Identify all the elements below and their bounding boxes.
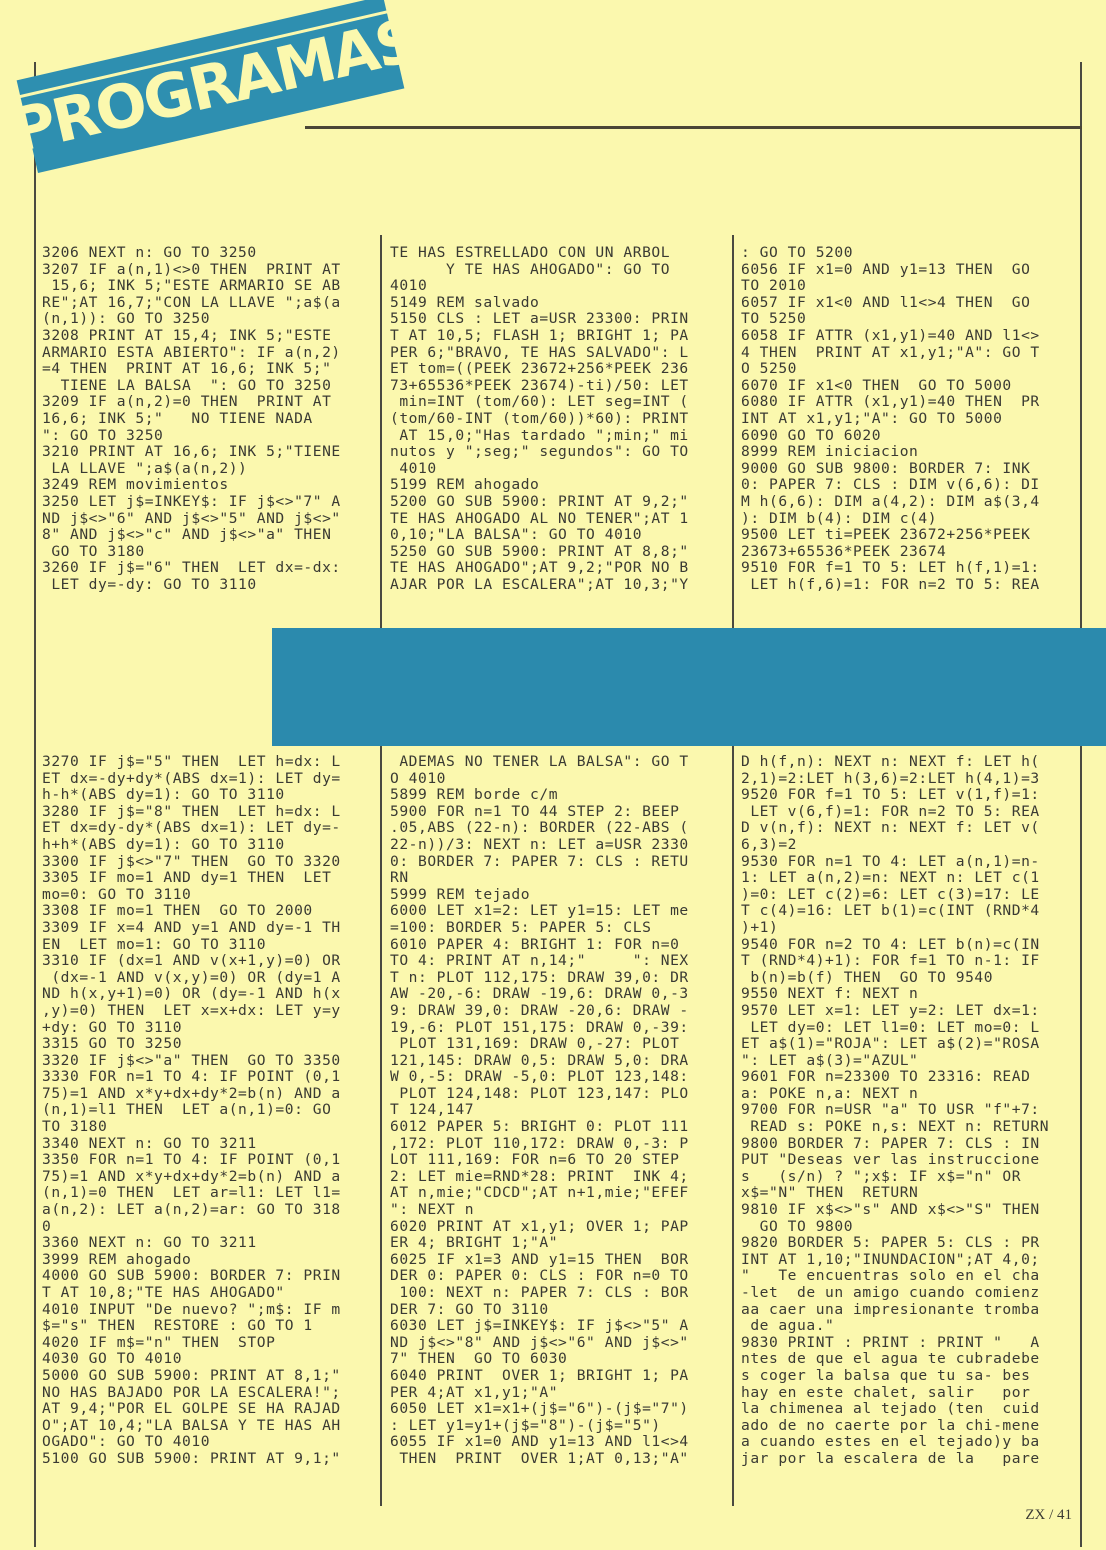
listing-line: 0: BORDER 7: PAPER 7: CLS : RETU (390, 854, 689, 871)
listing-line: s (s/n) ? ";x$: IF x$="n" OR (741, 1169, 1049, 1186)
listing-line: 3360 NEXT n: GO TO 3211 (42, 1235, 341, 1252)
listing-line: ): DIM b(4): DIM c(4) (741, 511, 1040, 528)
listing-line: ado de no caerte por la chi-mene (741, 1418, 1049, 1435)
listing-line: 8" AND j$<>"c" AND j$<>"a" THEN (42, 527, 341, 544)
listing-line: D v(n,f): NEXT n: NEXT f: LET v( (741, 820, 1049, 837)
listing-line: .05,ABS (22-n): BORDER (22-ABS ( (390, 820, 689, 837)
listing-line: " Te encuentras solo en el cha (741, 1268, 1049, 1285)
listing-line: 73+65536*PEEK 23674)-ti)/50: LET (390, 378, 689, 395)
listing-line: 9000 GO SUB 9800: BORDER 7: INK (741, 461, 1040, 478)
listing-line: +dy: GO TO 3110 (42, 1020, 341, 1037)
listing-line: AJAR POR LA ESCALERA";AT 10,3;"Y (390, 577, 689, 594)
listing-line: AT 15,0;"Has tardado ";min;" mi (390, 428, 689, 445)
listing-line: 4010 INPUT "De nuevo? ";m$: IF m (42, 1302, 341, 1319)
listing-line: h-h*(ABS dy=1): GO TO 3110 (42, 787, 341, 804)
listing-line: 6080 IF ATTR (x1,y1)=40 THEN PR (741, 394, 1040, 411)
listing-line: 3207 IF a(n,1)<>0 THEN PRINT AT (42, 262, 341, 279)
listing-line: 4000 GO SUB 5900: BORDER 7: PRIN (42, 1268, 341, 1285)
listing-line: )=0: LET c(2)=6: LET c(3)=17: LE (741, 887, 1049, 904)
listing-line: PER 6;"BRAVO, TE HAS SALVADO": L (390, 345, 689, 362)
listing-line: THEN PRINT OVER 1;AT 0,13;"A" (390, 1451, 689, 1468)
listing-line: $="s" THEN RESTORE : GO TO 1 (42, 1318, 341, 1335)
listing-line: mo=0: GO TO 3110 (42, 887, 341, 904)
listing-bottom-right: D h(f,n): NEXT n: NEXT f: LET h(2,1)=2:L… (741, 754, 1049, 1468)
listing-line: a: POKE n,a: NEXT n (741, 1086, 1049, 1103)
listing-line: M h(6,6): DIM a(4,2): DIM a$(3,4 (741, 494, 1040, 511)
listing-line: READ s: POKE n,s: NEXT n: RETURN (741, 1119, 1049, 1136)
listing-line: TIENE LA BALSA ": GO TO 3250 (42, 378, 341, 395)
listing-line: 3309 IF x=4 AND y=1 AND dy=-1 TH (42, 920, 341, 937)
listing-line: 4 THEN PRINT AT x1,y1;"A": GO T (741, 345, 1040, 362)
listing-line: nutos y ";seg;" segundos": GO TO (390, 444, 689, 461)
listing-line: 3206 NEXT n: GO TO 3250 (42, 245, 341, 262)
listing-line: 9540 FOR n=2 TO 4: LET b(n)=c(IN (741, 937, 1049, 954)
listing-line: O";AT 10,4;"LA BALSA Y TE HAS AH (42, 1418, 341, 1435)
listing-line: ntes de que el agua te cubradebe (741, 1351, 1049, 1368)
listing-line: 75)=1 AND x*y+dx+dy*2=b(n) AND a (42, 1169, 341, 1186)
listing-line: 6058 IF ATTR (x1,y1)=40 AND l1<> (741, 328, 1040, 345)
listing-line: h+h*(ABS dy=1): GO TO 3110 (42, 837, 341, 854)
listing-line: 9570 LET x=1: LET y=2: LET dx=1: (741, 1003, 1049, 1020)
listing-line: GO TO 9800 (741, 1219, 1049, 1236)
listing-line: ,y)=0) THEN LET x=x+dx: LET y=y (42, 1003, 341, 1020)
listing-line: LET dy=0: LET l1=0: LET mo=0: L (741, 1020, 1049, 1037)
page-number: ZX / 41 (1025, 1507, 1072, 1524)
listing-line: EN LET mo=1: GO TO 3110 (42, 937, 341, 954)
listing-line: 3250 LET j$=INKEY$: IF j$<>"7" A (42, 494, 341, 511)
listing-line: ET dx=dy-dy*(ABS dx=1): LET dy=- (42, 820, 341, 837)
listing-bottom-middle: ADEMAS NO TENER LA BALSA": GO TO 4010589… (390, 754, 689, 1468)
listing-line: 4010 (390, 461, 689, 478)
listing-line: 5100 GO SUB 5900: PRINT AT 9,1;" (42, 1451, 341, 1468)
listing-line: 3315 GO TO 3250 (42, 1036, 341, 1053)
listing-line: DER 7: GO TO 3110 (390, 1302, 689, 1319)
section-banner: PROGRAMAS (17, 0, 405, 173)
listing-line: 9820 BORDER 5: PAPER 5: CLS : PR (741, 1235, 1049, 1252)
listing-line: 9800 BORDER 7: PAPER 7: CLS : IN (741, 1136, 1049, 1153)
listing-line: INT AT 1,10;"INUNDACION";AT 4,0; (741, 1252, 1049, 1269)
listing-line: 6057 IF x1<0 AND l1<>4 THEN GO (741, 295, 1040, 312)
listing-line: 9601 FOR n=23300 TO 23316: READ (741, 1069, 1049, 1086)
listing-line: INT AT x1,y1;"A": GO TO 5000 (741, 411, 1040, 428)
listing-line: TO 4: PRINT AT n,14;" ": NEX (390, 953, 689, 970)
listing-line: LA LLAVE ";a$(a(n,2)) (42, 461, 341, 478)
listing-line: 15,6; INK 5;"ESTE ARMARIO SE AB (42, 278, 341, 295)
listing-line: s coger la balsa que tu sa- bes (741, 1368, 1049, 1385)
listing-line: ": NEXT n (390, 1202, 689, 1219)
listing-line: DER 0: PAPER 0: CLS : FOR n=0 TO (390, 1268, 689, 1285)
listing-line: a(n,2): LET a(n,2)=ar: GO TO 318 (42, 1202, 341, 1219)
listing-line: (tom/60-INT (tom/60))*60): PRINT (390, 411, 689, 428)
listing-line: ND j$<>"8" AND j$<>"6" AND j$<>" (390, 1335, 689, 1352)
listing-line: b(n)=b(f) THEN GO TO 9540 (741, 970, 1049, 987)
listing-line: 5200 GO SUB 5900: PRINT AT 9,2;" (390, 494, 689, 511)
listing-line: de agua." (741, 1318, 1049, 1335)
column-rule-bottom-2 (732, 746, 734, 1506)
listing-line: ND j$<>"6" AND j$<>"5" AND j$<>" (42, 511, 341, 528)
listing-line: ARMARIO ESTA ABIERTO": IF a(n,2) (42, 345, 341, 362)
listing-line: 1: LET a(n,2)=n: NEXT n: LET c(1 (741, 870, 1049, 887)
listing-line: : LET y1=y1+(j$="8")-(j$="5") (390, 1418, 689, 1435)
listing-line: 3208 PRINT AT 15,4; INK 5;"ESTE (42, 328, 341, 345)
listing-top-left: 3206 NEXT n: GO TO 32503207 IF a(n,1)<>0… (42, 245, 341, 593)
listing-line: 3209 IF a(n,2)=0 THEN PRINT AT (42, 394, 341, 411)
listing-line: 6055 IF x1=0 AND y1=13 AND l1<>4 (390, 1434, 689, 1451)
listing-line: AW -20,-6: DRAW -19,6: DRAW 0,-3 (390, 986, 689, 1003)
listing-line: 4010 (390, 278, 689, 295)
listing-line: =4 THEN PRINT AT 16,6; INK 5;" (42, 361, 341, 378)
listing-line: 0 (42, 1219, 341, 1236)
listing-line: 6010 PAPER 4: BRIGHT 1: FOR n=0 (390, 937, 689, 954)
listing-line: PUT "Deseas ver las instruccione (741, 1152, 1049, 1169)
listing-line: (dx=-1 AND v(x,y)=0) OR (dy=1 A (42, 970, 341, 987)
listing-line: 3350 FOR n=1 TO 4: IF POINT (0,1 (42, 1152, 341, 1169)
listing-line: 6025 IF x1=3 AND y1=15 THEN BOR (390, 1252, 689, 1269)
listing-line: 6056 IF x1=0 AND y1=13 THEN GO (741, 262, 1040, 279)
listing-line: 5150 CLS : LET a=USR 23300: PRIN (390, 311, 689, 328)
listing-line: 5199 REM ahogado (390, 477, 689, 494)
listing-line: 0: PAPER 7: CLS : DIM v(6,6): DI (741, 477, 1040, 494)
listing-line: 3280 IF j$="8" THEN LET h=dx: L (42, 804, 341, 821)
listing-line: (n,1)): GO TO 3250 (42, 311, 341, 328)
listing-line: O 5250 (741, 361, 1040, 378)
listing-line: 6030 LET j$=INKEY$: IF j$<>"5" A (390, 1318, 689, 1335)
listing-line: a cuando estes en el tejado)y ba (741, 1434, 1049, 1451)
right-margin-rule (1080, 62, 1082, 1547)
listing-line: 121,145: DRAW 0,5: DRAW 5,0: DRA (390, 1053, 689, 1070)
listing-line: 9510 FOR f=1 TO 5: LET h(f,1)=1: (741, 560, 1040, 577)
listing-line: 9550 NEXT f: NEXT n (741, 986, 1049, 1003)
listing-line: 23673+65536*PEEK 23674 (741, 544, 1040, 561)
listing-line: TO 5250 (741, 311, 1040, 328)
listing-line: W 0,-5: DRAW -5,0: PLOT 123,148: (390, 1069, 689, 1086)
listing-line: PLOT 131,169: DRAW 0,-27: PLOT (390, 1036, 689, 1053)
listing-line: (n,1)=l1 THEN LET a(n,1)=0: GO (42, 1102, 341, 1119)
listing-line: T AT 10,8;"TE HAS AHOGADO" (42, 1285, 341, 1302)
listing-line: ET dx=-dy+dy*(ABS dx=1): LET dy= (42, 771, 341, 788)
listing-line: LOT 111,169: FOR n=6 TO 20 STEP (390, 1152, 689, 1169)
listing-line: T c(4)=16: LET b(1)=c(INT (RND*4 (741, 903, 1049, 920)
listing-line: 2: LET mie=RND*28: PRINT INK 4; (390, 1169, 689, 1186)
listing-line: 9500 LET ti=PEEK 23672+256*PEEK (741, 527, 1040, 544)
listing-line: T n: PLOT 112,175: DRAW 39,0: DR (390, 970, 689, 987)
listing-line: 5149 REM salvado (390, 295, 689, 312)
listing-line: RN (390, 870, 689, 887)
listing-bottom-left: 3270 IF j$="5" THEN LET h=dx: LET dx=-dy… (42, 754, 341, 1468)
header-rule (305, 126, 1082, 129)
listing-line: 5250 GO SUB 5900: PRINT AT 8,8;" (390, 544, 689, 561)
listing-line: 9530 FOR n=1 TO 4: LET a(n,1)=n- (741, 854, 1049, 871)
listing-line: 0,10;"LA BALSA": GO TO 4010 (390, 527, 689, 544)
listing-line: 9810 IF x$<>"s" AND x$<>"S" THEN (741, 1202, 1049, 1219)
listing-line: ": LET a$(3)="AZUL" (741, 1053, 1049, 1070)
listing-line: 9520 FOR f=1 TO 5: LET v(1,f)=1: (741, 787, 1049, 804)
listing-line: TO 3180 (42, 1119, 341, 1136)
listing-line: LET v(6,f)=1: FOR n=2 TO 5: REA (741, 804, 1049, 821)
listing-line: 4030 GO TO 4010 (42, 1351, 341, 1368)
listing-line: O 4010 (390, 771, 689, 788)
listing-line: min=INT (tom/60): LET seg=INT ( (390, 394, 689, 411)
listing-line: LET h(f,6)=1: FOR n=2 TO 5: REA (741, 577, 1040, 594)
listing-line: 3260 IF j$="6" THEN LET dx=-dx: (42, 560, 341, 577)
listing-line: 4020 IF m$="n" THEN STOP (42, 1335, 341, 1352)
column-rule-top-1 (380, 235, 382, 628)
listing-line: 3305 IF mo=1 AND dy=1 THEN LET (42, 870, 341, 887)
listing-line: PLOT 124,148: PLOT 123,147: PLO (390, 1086, 689, 1103)
decorative-band (272, 628, 1106, 746)
listing-line: ER 4; BRIGHT 1;"A" (390, 1235, 689, 1252)
listing-top-right: : GO TO 52006056 IF x1=0 AND y1=13 THEN … (741, 245, 1040, 593)
column-rule-bottom-1 (380, 746, 382, 1506)
listing-line: ND h(x,y+1)=0) OR (dy=-1 AND h(x (42, 986, 341, 1003)
listing-line: Y TE HAS AHOGADO": GO TO (390, 262, 689, 279)
listing-line: PER 4;AT x1,y1;"A" (390, 1385, 689, 1402)
listing-line: T 124,147 (390, 1102, 689, 1119)
listing-line: 6,3)=2 (741, 837, 1049, 854)
listing-line: 5000 GO SUB 5900: PRINT AT 8,1;" (42, 1368, 341, 1385)
column-rule-top-2 (732, 235, 734, 628)
listing-line: 8999 REM iniciacion (741, 444, 1040, 461)
listing-line: 6012 PAPER 5: BRIGHT 0: PLOT 111 (390, 1119, 689, 1136)
listing-line: 75)=1 AND x*y+dx+dy*2=b(n) AND a (42, 1086, 341, 1103)
listing-line: 3249 REM movimientos (42, 477, 341, 494)
listing-line: 3340 NEXT n: GO TO 3211 (42, 1136, 341, 1153)
section-title: PROGRAMAS (0, 4, 429, 165)
listing-line: 6090 GO TO 6020 (741, 428, 1040, 445)
listing-line: hay en este chalet, salir por (741, 1385, 1049, 1402)
listing-line: )+1) (741, 920, 1049, 937)
listing-line: 3330 FOR n=1 TO 4: IF POINT (0,1 (42, 1069, 341, 1086)
listing-line: OGADO": GO TO 4010 (42, 1434, 341, 1451)
listing-line: 3270 IF j$="5" THEN LET h=dx: L (42, 754, 341, 771)
listing-line: ,172: PLOT 110,172: DRAW 0,-3: P (390, 1136, 689, 1153)
listing-line: 9: DRAW 39,0: DRAW -20,6: DRAW - (390, 1003, 689, 1020)
listing-line: T AT 10,5; FLASH 1; BRIGHT 1; PA (390, 328, 689, 345)
listing-line: 3210 PRINT AT 16,6; INK 5;"TIENE (42, 444, 341, 461)
listing-top-middle: TE HAS ESTRELLADO CON UN ARBOL Y TE HAS … (390, 245, 689, 593)
listing-line: LET dy=-dy: GO TO 3110 (42, 577, 341, 594)
listing-line: 6020 PRINT AT x1,y1; OVER 1; PAP (390, 1219, 689, 1236)
listing-line: 9700 FOR n=USR "a" TO USR "f"+7: (741, 1102, 1049, 1119)
listing-line: : GO TO 5200 (741, 245, 1040, 262)
listing-line: =100: BORDER 5: PAPER 5: CLS (390, 920, 689, 937)
listing-line: 5900 FOR n=1 TO 44 STEP 2: BEEP (390, 804, 689, 821)
listing-line: TE HAS AHOGADO";AT 9,2;"POR NO B (390, 560, 689, 577)
listing-line: -let de un amigo cuando comienz (741, 1285, 1049, 1302)
listing-line: TO 2010 (741, 278, 1040, 295)
listing-line: 3999 REM ahogado (42, 1252, 341, 1269)
listing-line: la chimenea al tejado (ten cuid (741, 1401, 1049, 1418)
listing-line: (n,1)=0 THEN LET ar=l1: LET l1= (42, 1185, 341, 1202)
left-margin-rule (34, 62, 36, 1547)
listing-line: GO TO 3180 (42, 544, 341, 561)
listing-line: TE HAS AHOGADO AL NO TENER";AT 1 (390, 511, 689, 528)
listing-line: 19,-6: PLOT 151,175: DRAW 0,-39: (390, 1020, 689, 1037)
listing-line: 100: NEXT n: PAPER 7: CLS : BOR (390, 1285, 689, 1302)
listing-line: 22-n))/3: NEXT n: LET a=USR 2330 (390, 837, 689, 854)
listing-line: ET a$(1)="ROJA": LET a$(2)="ROSA (741, 1036, 1049, 1053)
listing-line: AT n,mie;"CDCD";AT n+1,mie;"EFEF (390, 1185, 689, 1202)
listing-line: 6050 LET x1=x1+(j$="6")-(j$="7") (390, 1401, 689, 1418)
listing-line: TE HAS ESTRELLADO CON UN ARBOL (390, 245, 689, 262)
listing-line: 5899 REM borde c/m (390, 787, 689, 804)
listing-line: 7" THEN GO TO 6030 (390, 1351, 689, 1368)
listing-line: 6040 PRINT OVER 1; BRIGHT 1; PA (390, 1368, 689, 1385)
listing-line: jar por la escalera de la pare (741, 1451, 1049, 1468)
listing-line: ": GO TO 3250 (42, 428, 341, 445)
listing-line: x$="N" THEN RETURN (741, 1185, 1049, 1202)
listing-line: aa caer una impresionante tromba (741, 1302, 1049, 1319)
listing-line: 3310 IF (dx=1 AND v(x+1,y)=0) OR (42, 953, 341, 970)
listing-line: 3300 IF j$<>"7" THEN GO TO 3320 (42, 854, 341, 871)
listing-line: 3320 IF j$<>"a" THEN GO TO 3350 (42, 1053, 341, 1070)
listing-line: ET tom=((PEEK 23672+256*PEEK 236 (390, 361, 689, 378)
listing-line: AT 9,4;"POR EL GOLPE SE HA RAJAD (42, 1401, 341, 1418)
listing-line: 9830 PRINT : PRINT : PRINT " A (741, 1335, 1049, 1352)
listing-line: 5999 REM tejado (390, 887, 689, 904)
listing-line: D h(f,n): NEXT n: NEXT f: LET h( (741, 754, 1049, 771)
listing-line: 6070 IF x1<0 THEN GO TO 5000 (741, 378, 1040, 395)
listing-line: 3308 IF mo=1 THEN GO TO 2000 (42, 903, 341, 920)
listing-line: 6000 LET x1=2: LET y1=15: LET me (390, 903, 689, 920)
listing-line: 16,6; INK 5;" NO TIENE NADA (42, 411, 341, 428)
listing-line: T (RND*4)+1): FOR f=1 TO n-1: IF (741, 953, 1049, 970)
listing-line: 2,1)=2:LET h(3,6)=2:LET h(4,1)=3 (741, 771, 1049, 788)
listing-line: NO HAS BAJADO POR LA ESCALERA!"; (42, 1385, 341, 1402)
listing-line: RE";AT 16,7;"CON LA LLAVE ";a$(a (42, 295, 341, 312)
listing-line: ADEMAS NO TENER LA BALSA": GO T (390, 754, 689, 771)
